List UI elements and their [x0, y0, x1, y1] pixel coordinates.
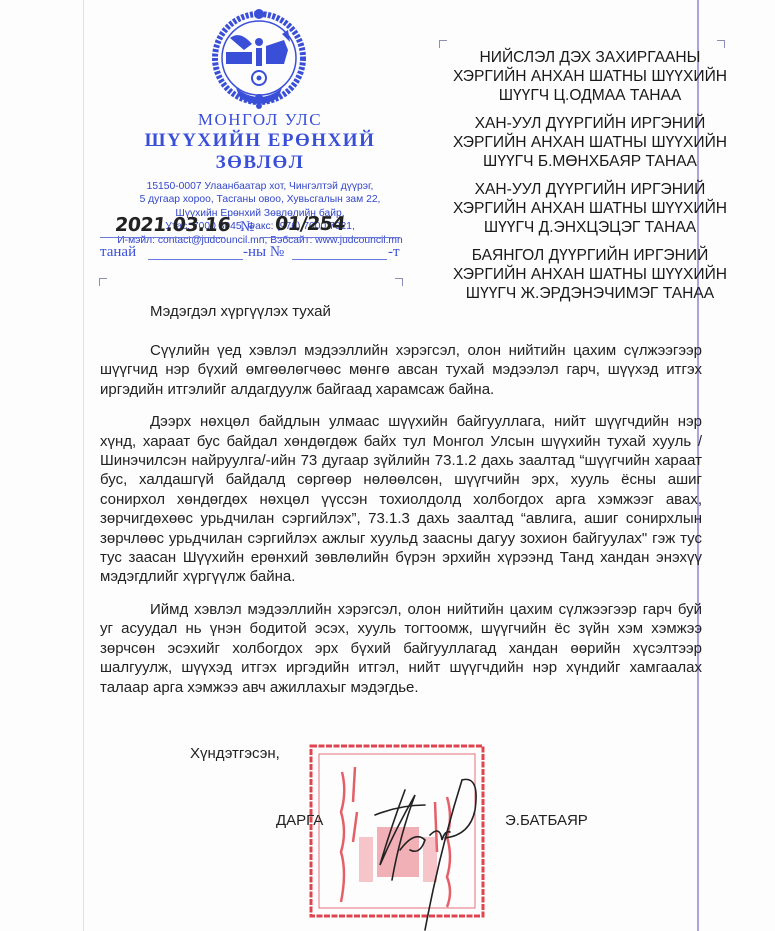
address-line: 15150-0007 Улаанбаатар хот, Чингэлтэй дү…: [100, 180, 420, 193]
signatory-title: ДАРГА: [276, 812, 323, 829]
document-date: 2021.03.16: [114, 214, 232, 236]
incoming-reference: танай -ны № -т: [100, 244, 400, 264]
corner-bracket: [439, 40, 447, 48]
page-margin-line-left: [83, 0, 84, 931]
your-reference-suffix: -т: [388, 244, 400, 261]
letter-body: Сүүлийн үед хэвлэл мэдээллийн хэрэгсэл, …: [100, 341, 702, 710]
recipient: НИЙСЛЭЛ ДЭХ ЗАХИРГААНЫ ХЭРГИЙН АНХАН ШАТ…: [440, 48, 740, 105]
signatory-name: Э.БАТБАЯР: [505, 812, 588, 829]
recipients-block: НИЙСЛЭЛ ДЭХ ЗАХИРГААНЫ ХЭРГИЙН АНХАН ШАТ…: [440, 48, 740, 312]
body-paragraph: Сүүлийн үед хэвлэл мэдээллийн хэрэгсэл, …: [100, 341, 702, 399]
recipient: ХАН-УУЛ ДҮҮРГИЙН ИРГЭНИЙ ХЭРГИЙН АНХАН Ш…: [440, 180, 740, 237]
address-line: 5 дугаар хороо, Тасганы овоо, Хувьсгалын…: [100, 193, 420, 206]
corner-bracket: [717, 40, 725, 48]
corner-bracket: [99, 278, 107, 286]
handwritten-signature-icon: [370, 770, 480, 931]
your-number-label: -ны №: [243, 244, 284, 261]
closing-salutation: Хүндэтгэсэн,: [190, 745, 280, 762]
organization-name: ШҮҮХИЙН ЕРӨНХИЙ ЗӨВЛӨЛ: [100, 130, 420, 174]
country-name: МОНГОЛ УЛС: [100, 110, 420, 130]
recipient: ХАН-УУЛ ДҮҮРГИЙН ИРГЭНИЙ ХЭРГИЙН АНХАН Ш…: [440, 114, 740, 171]
number-label: №: [240, 219, 254, 236]
state-emblem-icon: [204, 6, 314, 112]
letter-subject: Мэдэгдэл хүргүүлэх тухай: [150, 303, 331, 320]
body-paragraph: Дээрх нөхцөл байдлын улмаас шүүхийн байг…: [100, 412, 702, 587]
recipient: БАЯНГОЛ ДҮҮРГИЙН ИРГЭНИЙ ХЭРГИЙН АНХАН Ш…: [440, 246, 740, 303]
outgoing-reference: 2021.03.16 № 01/254: [100, 218, 400, 238]
corner-bracket: [395, 278, 403, 286]
your-reference-label: танай: [100, 244, 136, 261]
body-paragraph: Иймд хэвлэл мэдээллийн хэрэгсэл, олон ни…: [100, 600, 702, 697]
document-number: 01/254: [274, 213, 346, 235]
